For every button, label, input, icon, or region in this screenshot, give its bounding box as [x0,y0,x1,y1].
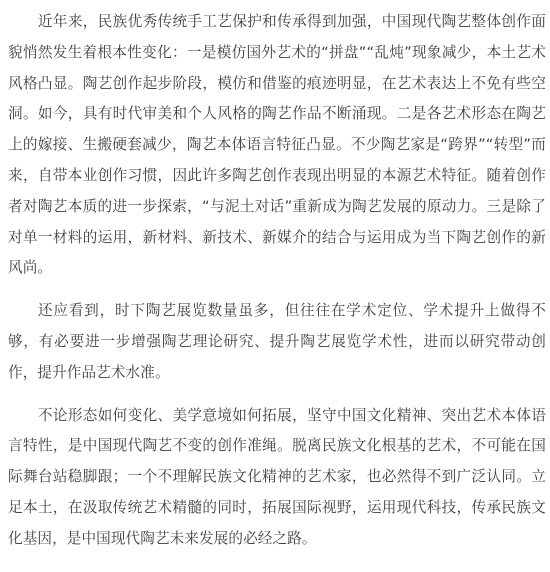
paragraph-2: 还应看到，时下陶艺展览数量虽多，但往往在学术定位、学术提升上做得不够，有必要进一… [8,296,546,388]
paragraph-3: 不论形态如何变化、美学意境如何拓展，坚守中国文化精神、突出艺术本体语言特性，是中… [8,401,546,555]
article-body: 近年来，民族优秀传统手工艺保护和传承得到加强，中国现代陶艺整体创作面貌悄然发生着… [8,7,546,567]
paragraph-1: 近年来，民族优秀传统手工艺保护和传承得到加强，中国现代陶艺整体创作面貌悄然发生着… [8,7,546,284]
